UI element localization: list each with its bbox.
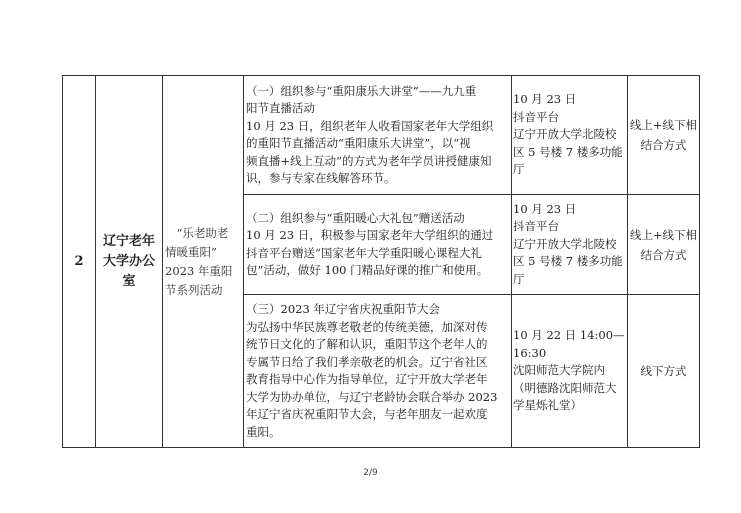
event-body-line: 频直播+线上互动”的方式为老年学员讲授健康知: [246, 153, 509, 171]
time-place-line: 10 月 22 日 14:00—: [513, 327, 626, 345]
time-place-line: 辽宁开放大学北陵校: [513, 236, 626, 254]
event-mode-cell: 线下方式: [628, 295, 700, 448]
event-detail-cell: （三）2023 年辽宁省庆祝重阳节大会 为弘扬中华民族尊老敬老的传统美德，加深对…: [244, 295, 512, 448]
event-mode: 线下方式: [629, 361, 698, 381]
event-detail-cell: （二）组织参与“重阳暖心大礼包”赠送活动 10 月 23 日，积极参与国家老年大…: [244, 195, 512, 295]
event-body-line: 包”活动，做好 100 门精品好课的推广和使用。: [246, 262, 509, 280]
time-place-line: 10 月 23 日: [513, 201, 626, 219]
time-place-line: 厅: [513, 161, 626, 179]
time-place-line: 厅: [513, 271, 626, 289]
time-place-line: 辽宁开放大学北陵校: [513, 126, 626, 144]
page-number: 2/9: [0, 468, 741, 478]
activity-series-line: 情暖重阳”: [165, 243, 241, 262]
event-body-line: 教育指导中心作为指导单位，辽宁开放大学老年: [246, 371, 509, 389]
time-place-line: 沈阳师范大学院内: [513, 362, 626, 380]
organization-cell: 辽宁老年大学办公室: [96, 76, 163, 448]
activity-series-line: 节系列活动: [165, 281, 241, 300]
organization-name: 辽宁老年大学办公室: [103, 234, 155, 289]
event-time-place-cell: 10 月 22 日 14:00— 16:30 沈阳师范大学院内 （明德路沈阳师范…: [512, 295, 628, 448]
event-body-line: 识，参与专家在线解答环节。: [246, 170, 509, 188]
time-place-line: 16:30: [513, 345, 626, 363]
time-place-line: （明德路沈阳师范大: [513, 380, 626, 398]
time-place-line: 学星烁礼堂）: [513, 397, 626, 415]
event-mode: 结合方式: [629, 135, 698, 155]
event-body-line: 大学为协办单位，与辽宁老龄协会联合举办 2023: [246, 389, 509, 407]
event-mode-cell: 线上+线下相 结合方式: [628, 195, 700, 295]
activity-series-line: “乐老助老: [165, 224, 241, 243]
event-body-line: 为弘扬中华民族尊老敬老的传统美德，加深对传: [246, 319, 509, 337]
event-body-line: 抖音平台赠送“国家老年大学重阳暖心课程大礼: [246, 245, 509, 263]
event-body-line: 年辽宁省庆祝重阳节大会，与老年朋友一起欢度: [246, 406, 509, 424]
activity-series-line: 2023 年重阳: [165, 262, 241, 281]
document-page: 2 辽宁老年大学办公室 “乐老助老 情暖重阳” 2023 年重阳 节系列活动 （…: [0, 0, 741, 513]
event-title: （三）2023 年辽宁省庆祝重阳节大会: [246, 301, 509, 319]
event-time-place-cell: 10 月 23 日 抖音平台 辽宁开放大学北陵校 区 5 号楼 7 楼多功能 厅: [512, 195, 628, 295]
activity-series-cell: “乐老助老 情暖重阳” 2023 年重阳 节系列活动: [163, 76, 244, 448]
time-place-line: 抖音平台: [513, 218, 626, 236]
event-mode: 线上+线下相: [629, 115, 698, 135]
time-place-line: 10 月 23 日: [513, 91, 626, 109]
event-body-line: 10 月 23 日，组织老年人收看国家老年大学组织: [246, 118, 509, 136]
table-row: 2 辽宁老年大学办公室 “乐老助老 情暖重阳” 2023 年重阳 节系列活动 （…: [63, 76, 700, 195]
event-body-line: 统节日文化的了解和认识，重阳节这个老年人的: [246, 336, 509, 354]
event-time-place-cell: 10 月 23 日 抖音平台 辽宁开放大学北陵校 区 5 号楼 7 楼多功能 厅: [512, 76, 628, 195]
event-mode-cell: 线上+线下相 结合方式: [628, 76, 700, 195]
time-place-line: 区 5 号楼 7 楼多功能: [513, 253, 626, 271]
event-body-line: 重阳。: [246, 424, 509, 442]
event-title: （一）组织参与“重阳康乐大讲堂”——九九重: [246, 83, 509, 101]
activity-table: 2 辽宁老年大学办公室 “乐老助老 情暖重阳” 2023 年重阳 节系列活动 （…: [62, 75, 700, 448]
event-title: 阳节直播活动: [246, 100, 509, 118]
event-title: （二）组织参与“重阳暖心大礼包”赠送活动: [246, 210, 509, 228]
event-detail-cell: （一）组织参与“重阳康乐大讲堂”——九九重 阳节直播活动 10 月 23 日，组…: [244, 76, 512, 195]
event-body-line: 10 月 23 日，积极参与国家老年大学组织的通过: [246, 227, 509, 245]
event-mode: 线上+线下相: [629, 225, 698, 245]
time-place-line: 区 5 号楼 7 楼多功能: [513, 144, 626, 162]
event-body-line: 专属节日给了我们孝亲敬老的机会。辽宁省社区: [246, 354, 509, 372]
row-number-cell: 2: [63, 76, 96, 448]
event-body-line: 的重阳节直播活动“重阳康乐大讲堂”，以“视: [246, 135, 509, 153]
row-number: 2: [74, 254, 83, 269]
time-place-line: 抖音平台: [513, 109, 626, 127]
event-mode: 结合方式: [629, 245, 698, 265]
